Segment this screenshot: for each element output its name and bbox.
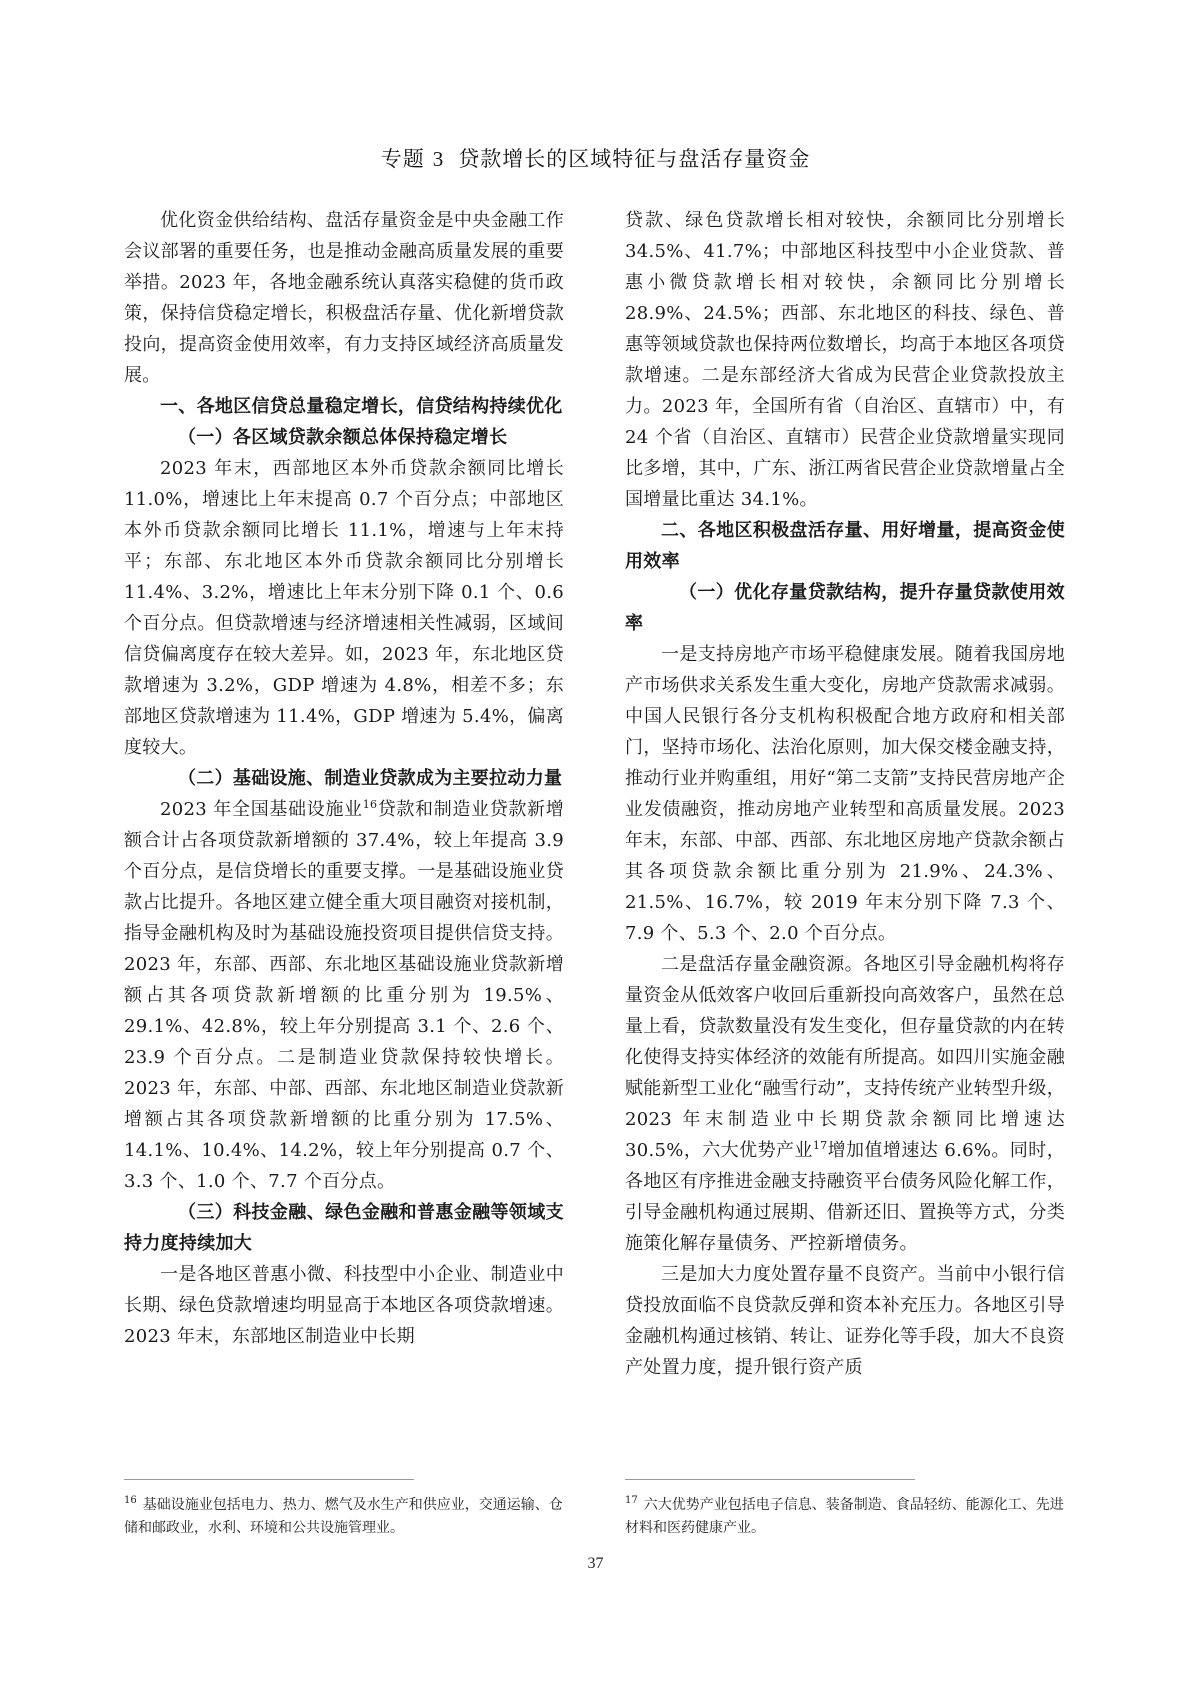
subsection-heading-2-1: （一）优化存量贷款结构，提升存量贷款使用效率: [625, 577, 1065, 639]
paragraph-continued: 贷款、绿色贷款增长相对较快，余额同比分别增长 34.5%、41.7%；中部地区科…: [625, 205, 1065, 515]
subsection-heading-1-2: （二）基础设施、制造业贷款成为主要拉动力量: [124, 763, 564, 794]
paragraph-revitalize-resources: 二是盘活存量金融资源。各地区引导金融机构将存量资金从低效客户收回后重新投向高效客…: [625, 949, 1065, 1259]
title-number: 3: [433, 147, 445, 171]
page-title: 专题3贷款增长的区域特征与盘活存量资金: [0, 143, 1191, 173]
section-heading-1: 一、各地区信贷总量稳定增长，信贷结构持续优化: [124, 391, 564, 422]
footnote-mark-16: 16: [124, 1495, 137, 1506]
footnote-mark-17: 17: [625, 1495, 638, 1506]
paragraph-infrastructure: 2023 年全国基础设施业16贷款和制造业贷款新增额合计占各项贷款新增额的 37…: [124, 794, 564, 1197]
left-column: 优化资金供给结构、盘活存量资金是中央金融工作会议部署的重要任务，也是推动金融高质…: [124, 205, 564, 1352]
paragraph-regional-loans: 2023 年末，西部地区本外币贷款余额同比增长 11.0%，增速比上年末提高 0…: [124, 453, 564, 763]
footnote-text-16: 基础设施业包括电力、热力、燃气及水生产和供应业，交通运输、仓储和邮政业，水利、环…: [124, 1497, 563, 1536]
footnote-16: 16基础设施业包括电力、热力、燃气及水生产和供应业，交通运输、仓储和邮政业，水利…: [124, 1494, 574, 1540]
footnote-ref-16[interactable]: 16: [363, 798, 378, 811]
subsection-heading-1-3: （三）科技金融、绿色金融和普惠金融等领域支持力度持续加大: [124, 1197, 564, 1259]
intro-paragraph: 优化资金供给结构、盘活存量资金是中央金融工作会议部署的重要任务，也是推动金融高质…: [124, 205, 564, 391]
title-prefix: 专题: [381, 147, 425, 171]
paragraph-real-estate: 一是支持房地产市场平稳健康发展。随着我国房地产市场供求关系发生重大变化，房地产贷…: [625, 639, 1065, 949]
footnote-ref-17[interactable]: 17: [813, 1139, 828, 1152]
footnote-divider-left: [124, 1479, 414, 1480]
footnote-text-17: 六大优势产业包括电子信息、装备制造、食品轻纺、能源化工、先进材料和医药健康产业。: [625, 1497, 1064, 1536]
paragraph-inclusive-finance: 一是各地区普惠小微、科技型中小企业、制造业中长期、绿色贷款增速均明显高于本地区各…: [124, 1259, 564, 1352]
footnote-17: 17六大优势产业包括电子信息、装备制造、食品轻纺、能源化工、先进材料和医药健康产…: [625, 1494, 1075, 1540]
paragraph-nonperforming-assets: 三是加大力度处置存量不良资产。当前中小银行信贷投放面临不良贷款反弹和资本补充压力…: [625, 1259, 1065, 1383]
section-heading-2: 二、各地区积极盘活存量、用好增量，提高资金使用效率: [625, 515, 1065, 577]
right-column: 贷款、绿色贷款增长相对较快，余额同比分别增长 34.5%、41.7%；中部地区科…: [625, 205, 1065, 1383]
title-text: 贷款增长的区域特征与盘活存量资金: [458, 147, 810, 171]
page-number: 37: [0, 1555, 1191, 1573]
footnote-divider-right: [625, 1479, 915, 1480]
subsection-heading-1-1: （一）各区域贷款余额总体保持稳定增长: [124, 422, 564, 453]
